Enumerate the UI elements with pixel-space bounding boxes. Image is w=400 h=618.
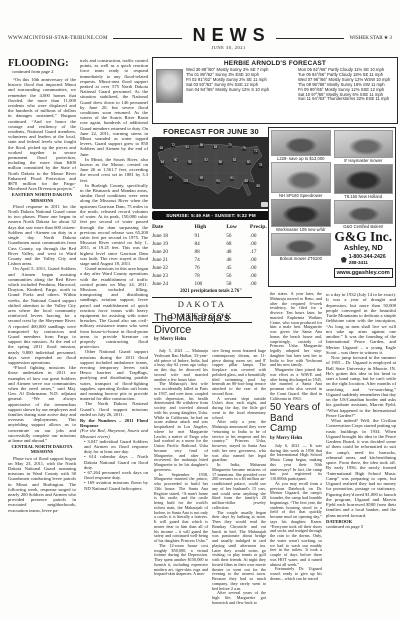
- weather-cell: 56: [226, 232, 250, 240]
- forecaster-photo: [156, 69, 183, 103]
- paragraph: • 67,264 personnel work days on flood re…: [80, 470, 148, 480]
- weather-cell: 48: [226, 248, 250, 256]
- map-temp-label: 81: [185, 146, 190, 150]
- paragraph: Sun 04 94°/65° Mostly Sunny 12% S 10 mph: [186, 88, 294, 93]
- flooding-continued-note: continued from page 2: [8, 69, 76, 75]
- paragraph: Other National Guard support missions du…: [80, 349, 148, 401]
- paragraph: Sun 11 94°/63° Thunderstorms 32% ESE 11 …: [298, 97, 394, 102]
- bandcamp-headline: 50 Years of Band Camp: [270, 403, 322, 435]
- paragraph: the states. A year later, the Maharaja m…: [270, 292, 322, 368]
- issue-date: JUNE 30, 2021: [187, 45, 271, 50]
- weather-cell: .00: [250, 272, 270, 280]
- zero-turn-mower-photo: [271, 233, 331, 256]
- masthead-rule-left: [113, 38, 182, 39]
- map-temp-label: 92: [204, 159, 209, 163]
- weather-cell: .00: [250, 280, 270, 288]
- datebook-continued-note: continued on page 5: [326, 524, 396, 529]
- weather-cell: 100: [194, 280, 226, 288]
- map-temp-label: 72: [253, 150, 258, 154]
- weather-cell: .00: [250, 264, 270, 272]
- paragraph: The 12-room house cost roughly $50,000, …: [154, 544, 208, 577]
- col-header-high: High: [194, 223, 226, 232]
- paragraph: • 3,047 individual Guard Soldiers and Ai…: [80, 439, 148, 455]
- map-temp-label: 97: [169, 177, 174, 181]
- flooding-column-2: trols and construction, traffic control …: [80, 58, 148, 616]
- phone-local: 288-3411: [349, 260, 368, 265]
- weather-cell: June 23: [152, 272, 194, 280]
- col-header-low: Low: [226, 223, 250, 232]
- paragraph: EASTERN NORTH DAKOTA MISSIONS: [8, 192, 76, 202]
- precipitation-total: 2021 precipitation totals 2.76": [152, 288, 270, 295]
- workmaster-tractor-photo: [271, 199, 331, 227]
- maharaja-headline: The Maharaja's Divorce: [154, 313, 244, 336]
- weather-cell: 78: [194, 272, 226, 280]
- section-title: NEWS: [187, 26, 271, 44]
- weather-row: June 217446.00: [152, 256, 270, 264]
- map-temp-label: 83: [232, 159, 237, 163]
- weather-cell: June 24: [152, 280, 194, 288]
- paragraph: By the Numbers – 2011 Flood Response: [80, 418, 148, 428]
- herbie-forecast-box: HERBIE ARNOLD'S FORECAST Wed 30 88°/60° …: [152, 57, 398, 124]
- map-temp-label: 84: [213, 146, 218, 150]
- newspaper-page: { "masthead": { "website": "WWW.MCINTOSH…: [0, 0, 400, 618]
- paragraph: In India, Maharani Marguerite became mis…: [212, 463, 266, 511]
- flooding-headline: FLOODING:: [8, 58, 76, 69]
- sunrise-sunset-bar: SUNRISE: 5:49 AM - SUNSET: 9:32 PM: [152, 211, 270, 220]
- paragraph: “On this 10th anniversary of the histori…: [8, 77, 76, 191]
- paragraph: In Burleigh County, specifically in the …: [80, 183, 148, 266]
- paragraph: On April 5, 2011, Guard Soldiers and Air…: [8, 266, 76, 365]
- map-temp-label: 91: [230, 177, 235, 181]
- paragraph: The Maharaja's first wife was accidental…: [154, 382, 208, 472]
- paragraph: CENTRAL NORTH DAKOTA MISSIONS: [8, 444, 76, 454]
- paragraph: The couple usually began their days by b…: [212, 511, 266, 592]
- company-city: Ashley, ND: [334, 244, 394, 253]
- map-temp-label: 95: [187, 161, 192, 165]
- forecast-week-2: Mon 05 92°/66° Partly Cloudy 11% SE 10 m…: [294, 68, 394, 104]
- bandcamp-text-d: to a day in 1932 (July 14 to be exact). …: [326, 292, 396, 529]
- company-website: www.ggashley.com: [334, 268, 394, 278]
- maharaja-byline: by Merry Helm: [154, 337, 244, 343]
- weather-row: June 208848.17: [152, 248, 270, 256]
- bandcamp-byline: by Merry Helm: [270, 436, 322, 442]
- forecast-week-1: Wed 30 88°/60° Mostly Sunny 3% SE 7 mphT…: [186, 68, 294, 104]
- map-temp-label: 85: [256, 185, 261, 189]
- map-temp-label: 72: [171, 144, 176, 148]
- weather-table: Date High Low Precip. June 189156.00June…: [152, 223, 270, 295]
- masthead-center: NEWS JUNE 30, 2021: [187, 26, 271, 50]
- map-temp-label: 99: [199, 177, 204, 181]
- website-url: WWW.MCINTOSH-STAR-TRIBUNE.COM: [8, 36, 108, 41]
- weather-cell: 84: [194, 240, 226, 248]
- map-temp-label: 80: [246, 161, 251, 165]
- paragraph: A servant slept outside Usha's door each…: [212, 397, 266, 421]
- us-weather-map: 6872818884797572649095928683807897101999…: [152, 137, 270, 209]
- page-label: WISHEK STAR ★ 3: [349, 35, 392, 41]
- maharaja-text-b: sive living room featured huge contempor…: [212, 349, 266, 606]
- weather-cell: .00: [250, 232, 270, 240]
- map-temp-label: 75: [242, 147, 247, 151]
- paragraph: After several years of the high life, Ma…: [212, 591, 266, 605]
- company-name: G&G Inc.: [334, 230, 394, 244]
- paragraph: Guard missions in this area began a day …: [80, 266, 148, 349]
- datebook-column-b: sive living room featured huge contempor…: [212, 349, 266, 615]
- maharaja-text-a: July 5, 2021 — Maharaja Yeshwant Rao Hol…: [154, 349, 208, 577]
- weather-cell: 46: [226, 256, 250, 264]
- weather-cell: 45: [226, 264, 250, 272]
- col-header-date: Date: [152, 223, 194, 232]
- weather-cell: 91: [194, 232, 226, 240]
- flooding-col2-text: trols and construction, traffic control …: [80, 58, 148, 491]
- masthead: WWW.MCINTOSH-STAR-TRIBUNE.COM NEWS JUNE …: [8, 26, 392, 50]
- paragraph: (For the Red, Sheyenne, Souris and Misso…: [80, 428, 148, 438]
- gg-equipment-ad: L228- save up to $13,000 NH SP160 Speedr…: [268, 127, 396, 287]
- paragraph: Phase two of flood support began on May …: [8, 456, 76, 513]
- paragraph: July 6, 2021 — It was during this week i…: [270, 444, 322, 482]
- weather-cell: 76: [194, 264, 226, 272]
- herbie-forecast-body: Wed 30 88°/60° Mostly Sunny 3% SE 7 mphT…: [153, 67, 397, 104]
- map-temp-label: 64: [160, 161, 165, 165]
- paragraph: Flood response in 2011 for the North Dak…: [8, 204, 76, 266]
- datebook-column-a: July 5, 2021 — Maharaja Yeshwant Rao Hol…: [154, 349, 208, 615]
- paragraph: sive living room featured huge contempor…: [212, 349, 266, 397]
- flooding-column-1: FLOODING: continued from page 2 “On this…: [8, 58, 76, 616]
- weather-row: June 189156.00: [152, 232, 270, 240]
- baler-photo: [334, 200, 394, 224]
- map-temp-label: 68: [159, 147, 164, 151]
- photo-caption: Bobcat mower ZT6100: [271, 256, 331, 262]
- weather-row: June 198468.00: [152, 240, 270, 248]
- paragraph: The North Dakota National Guard’s flood …: [80, 401, 148, 417]
- weather-cell: .00: [250, 256, 270, 264]
- map-logo-badge: [261, 202, 268, 207]
- paragraph: • 614 calendar days – North Dakota Natio…: [80, 454, 148, 470]
- weather-cell: 88: [194, 248, 226, 256]
- map-temp-label: 86: [218, 161, 223, 165]
- weather-cell: June 20: [152, 248, 194, 256]
- map-temp-label: 88: [244, 180, 249, 184]
- speedrower-photo: [271, 162, 331, 193]
- map-temp-label: 79: [228, 144, 233, 148]
- datebook-column-d: to a day in 1932 (July 14 to be exact). …: [326, 292, 396, 615]
- weather-cell: June 22: [152, 264, 194, 272]
- paragraph: What indeed? Well, the Civilian Conserva…: [326, 418, 396, 518]
- weather-cell: June 18: [152, 232, 194, 240]
- paragraph: to a day in 1932 (July 14 to be exact). …: [326, 292, 396, 355]
- paragraph: After only a year, the Maharaja announce…: [212, 420, 266, 463]
- dealer-logo-icon: [341, 257, 347, 263]
- weather-cell: June 19: [152, 240, 194, 248]
- phone-numbers: 1-800-344-2426288-3411: [349, 254, 386, 266]
- map-temp-label: 101: [183, 180, 189, 184]
- weather-row: June 227645.00: [152, 264, 270, 272]
- paragraph: trols and construction, traffic control …: [80, 58, 148, 157]
- paragraph: Fortunately Dr. Utgaard wasn't ready to …: [270, 567, 322, 581]
- herbie-forecast-title: HERBIE ARNOLD'S FORECAST: [153, 60, 397, 67]
- flooding-col1-text: “On this 10th anniversary of the histori…: [8, 77, 76, 513]
- maharaja-bandcamp-text-c: the states. A year later, the Maharaja m…: [270, 292, 322, 582]
- weather-cell: .17: [250, 248, 270, 256]
- weather-cell: .00: [250, 240, 270, 248]
- col-header-precip: Precip.: [250, 223, 270, 232]
- weather-row: June 237856.00: [152, 272, 270, 280]
- maharaja-article-header: The Maharaja's Divorce by Merry Helm: [154, 313, 244, 345]
- paragraph: “Flood fighting missions like those unde…: [8, 365, 76, 443]
- weather-cell: 74: [194, 256, 226, 264]
- phone-block: 1-800-344-2426288-3411: [334, 254, 394, 266]
- map-temp-label: 78: [258, 164, 263, 168]
- weather-table-header: Date High Low Precip.: [152, 223, 270, 232]
- paragraph: July 5, 2021 — Maharaja Yeshwant Rao Hol…: [154, 349, 208, 382]
- map-temp-label: 94: [216, 180, 221, 184]
- ad-photo-column-left: L228- save up to $13,000 NH SP160 Speedr…: [271, 130, 331, 284]
- new-holland-tractor-photo: [334, 164, 394, 194]
- paragraph: In Minot, the Souris River, also known a…: [80, 157, 148, 183]
- datebook-column-c: the states. A year later, the Maharaja m…: [270, 292, 322, 615]
- masthead-rule-right: [276, 38, 345, 39]
- map-temp-label: 90: [173, 159, 178, 163]
- gg-logo-block: G&G Inc. Ashley, ND 1-800-344-2426288-34…: [334, 230, 394, 278]
- forecast-map-title: FORECAST FOR JUNE 30: [152, 127, 270, 136]
- paragraph: As you may recall from a previous Datebo…: [270, 482, 322, 568]
- paragraph: Now jump forward to the summer of 1955 –…: [326, 355, 396, 418]
- weather-row: June 2410058.00: [152, 280, 270, 288]
- map-temp-label: 88: [199, 144, 204, 148]
- weather-cell: 68: [226, 240, 250, 248]
- ad-photo-column-right: 9' Haymaster mower T8.155 New Holland G&…: [334, 130, 394, 284]
- skid-steer-photo: [271, 130, 331, 156]
- weather-cell: 56: [226, 272, 250, 280]
- weather-table-rows: June 189156.00June 198468.00June 208848.…: [152, 232, 270, 288]
- paragraph: In September 1938, Marguerite married th…: [154, 473, 208, 544]
- paragraph: Marguerite then joined the war effort as…: [270, 368, 322, 401]
- haymaster-mower-photo: [334, 130, 394, 158]
- weather-cell: June 21: [152, 256, 194, 264]
- weather-cell: 58: [226, 280, 250, 288]
- us-map-graphic: [152, 137, 270, 209]
- paragraph: • 169 aviation missions flown by ND Nati…: [80, 480, 148, 490]
